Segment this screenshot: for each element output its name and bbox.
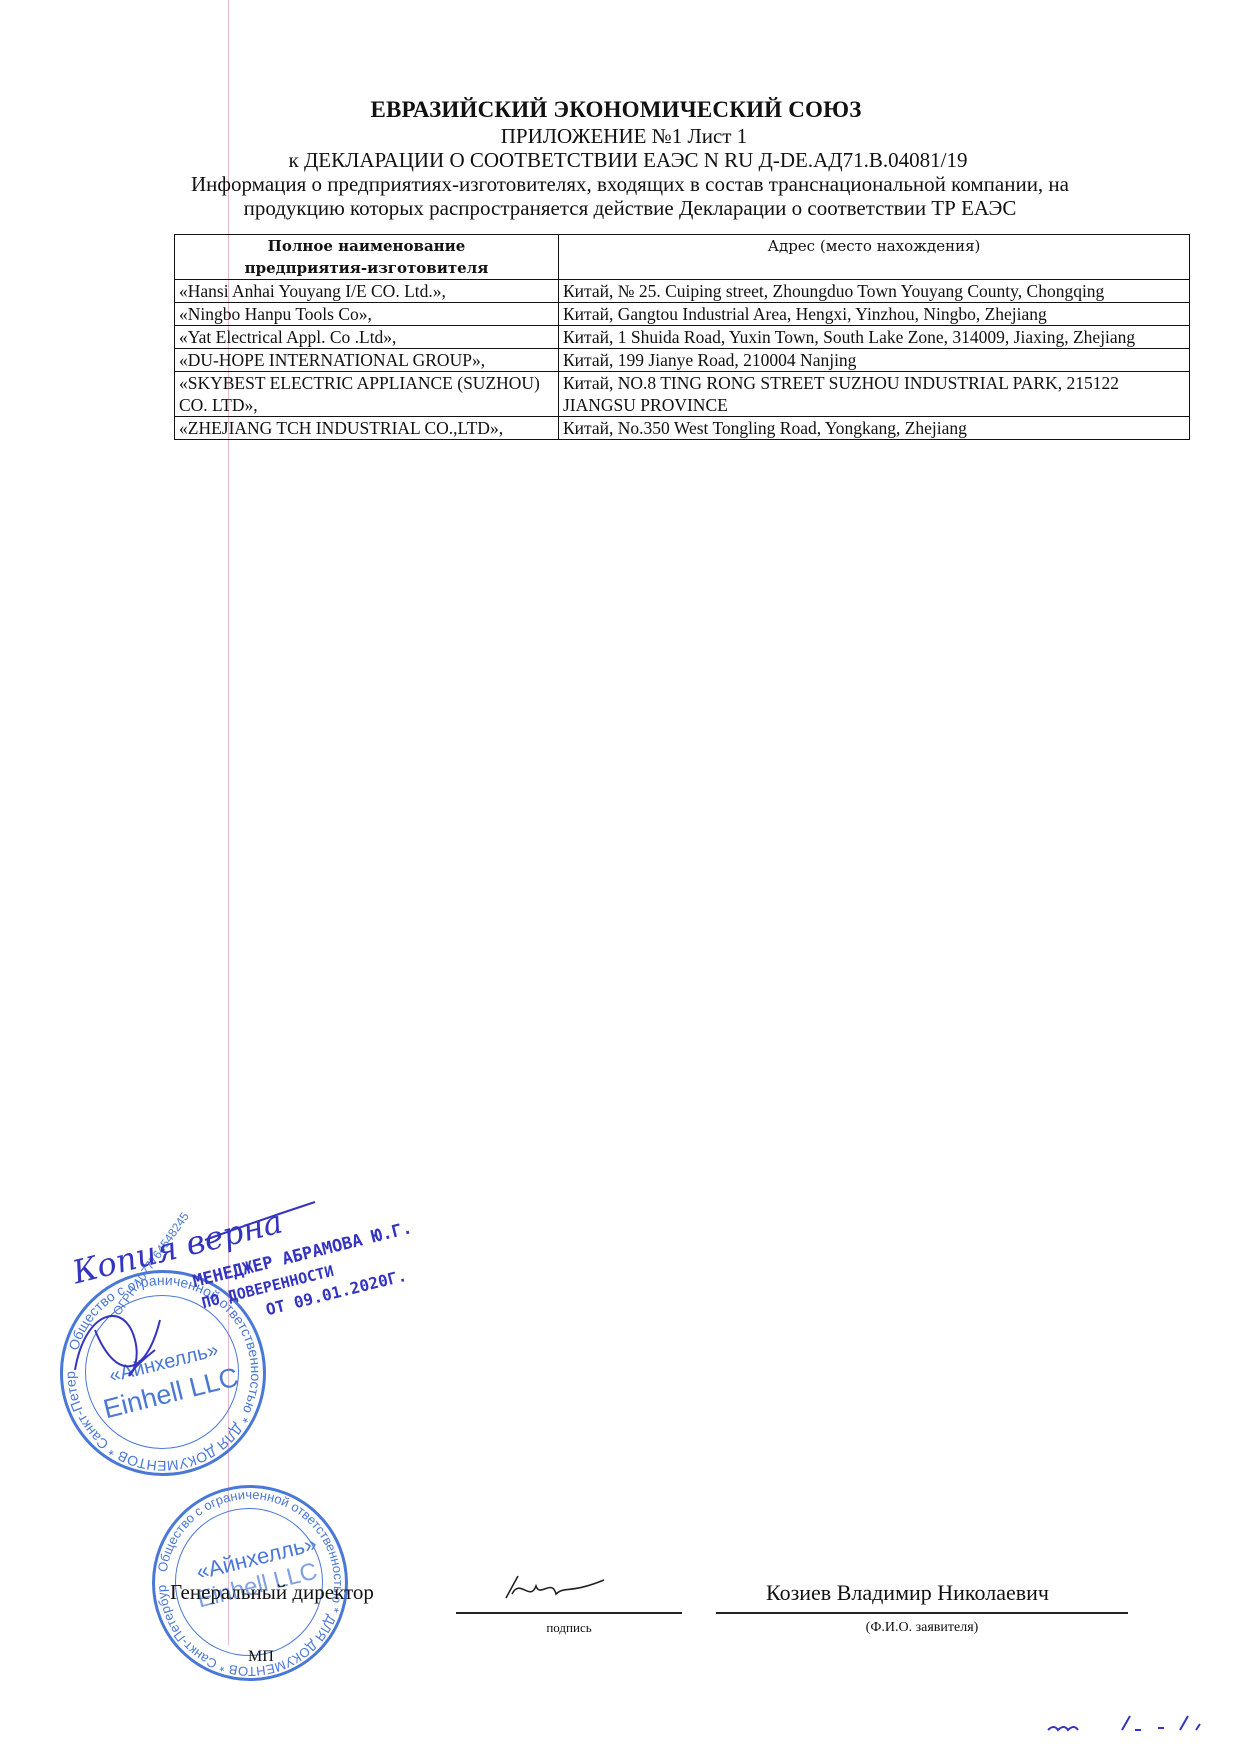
- manufacturer-name: «Ningbo Hanpu Tools Co»,: [175, 303, 559, 326]
- seal-mark: МП: [248, 1648, 274, 1666]
- applicant-name: Козиев Владимир Николаевич: [766, 1580, 1049, 1606]
- table-row: «Ningbo Hanpu Tools Co», Китай, Gangtou …: [175, 303, 1190, 326]
- table-row: «SKYBEST ELECTRIC APPLIANCE (SUZHOU) CO.…: [175, 372, 1190, 417]
- column-header-address: Адрес (место нахождения): [559, 235, 1190, 280]
- manufacturer-name: «ZHEJIANG TCH INDUSTRIAL CO.,LTD»,: [175, 417, 559, 440]
- union-title: ЕВРАЗИЙСКИЙ ЭКОНОМИЧЕСКИЙ СОЮЗ: [0, 95, 1240, 124]
- header-name-line-1: Полное наименование: [179, 235, 554, 257]
- table-row: «ZHEJIANG TCH INDUSTRIAL CO.,LTD», Китай…: [175, 417, 1190, 440]
- manufacturer-address: Китай, 1 Shuida Road, Yuxin Town, South …: [559, 326, 1190, 349]
- name-line: [716, 1612, 1128, 1614]
- signature-scribble-upper: [65, 1290, 175, 1400]
- manufacturer-address: Китай, No.350 West Tongling Road, Yongka…: [559, 417, 1190, 440]
- name-caption: (Ф.И.О. заявителя): [716, 1620, 1128, 1636]
- signature-caption: подпись: [456, 1620, 682, 1636]
- table-header-row: Полное наименование предприятия-изготови…: [175, 235, 1190, 280]
- table-row: «Hansi Anhai Youyang I/E CO. Ltd.», Кита…: [175, 280, 1190, 303]
- manufacturer-address: Китай, № 25. Cuiping street, Zhoungduo T…: [559, 280, 1190, 303]
- manufacturer-address: Китай, 199 Jianye Road, 210004 Nanjing: [559, 349, 1190, 372]
- manufacturer-name: «Hansi Anhai Youyang I/E CO. Ltd.»,: [175, 280, 559, 303]
- manufacturers-table: Полное наименование предприятия-изготови…: [174, 234, 1190, 440]
- manufacturer-name: «Yat Electrical Appl. Co .Ltd»,: [175, 326, 559, 349]
- table-row: «Yat Electrical Appl. Co .Ltd», Китай, 1…: [175, 326, 1190, 349]
- manufacturer-name: «SKYBEST ELECTRIC APPLIANCE (SUZHOU) CO.…: [175, 372, 559, 417]
- handwritten-underline: [200, 1200, 320, 1250]
- director-signature: [500, 1572, 610, 1608]
- manufacturer-address: Китай, NO.8 TING RONG STREET SUZHOU INDU…: [559, 372, 1190, 417]
- handwritten-page-note: [1040, 1710, 1240, 1740]
- header-address-label: Адрес (место нахождения): [563, 235, 1185, 257]
- document-header: ЕВРАЗИЙСКИЙ ЭКОНОМИЧЕСКИЙ СОЮЗ ПРИЛОЖЕНИ…: [0, 95, 1240, 220]
- declaration-reference: к ДЕКЛАРАЦИИ О СООТВЕТСТВИИ ЕАЭС N RU Д-…: [16, 148, 1240, 172]
- header-name-line-2: предприятия-изготовителя: [179, 257, 554, 279]
- column-header-name: Полное наименование предприятия-изготови…: [175, 235, 559, 280]
- manufacturer-address: Китай, Gangtou Industrial Area, Hengxi, …: [559, 303, 1190, 326]
- position-label: Генеральный директор: [170, 1580, 374, 1605]
- signature-line: [456, 1612, 682, 1614]
- description-line-1: Информация о предприятиях-изготовителях,…: [20, 172, 1240, 196]
- manufacturer-name: «DU-HOPE INTERNATIONAL GROUP»,: [175, 349, 559, 372]
- appendix-label: ПРИЛОЖЕНИЕ №1 Лист 1: [8, 124, 1240, 148]
- table-row: «DU-HOPE INTERNATIONAL GROUP», Китай, 19…: [175, 349, 1190, 372]
- description-line-2: продукцию которых распространяется дейст…: [20, 196, 1240, 220]
